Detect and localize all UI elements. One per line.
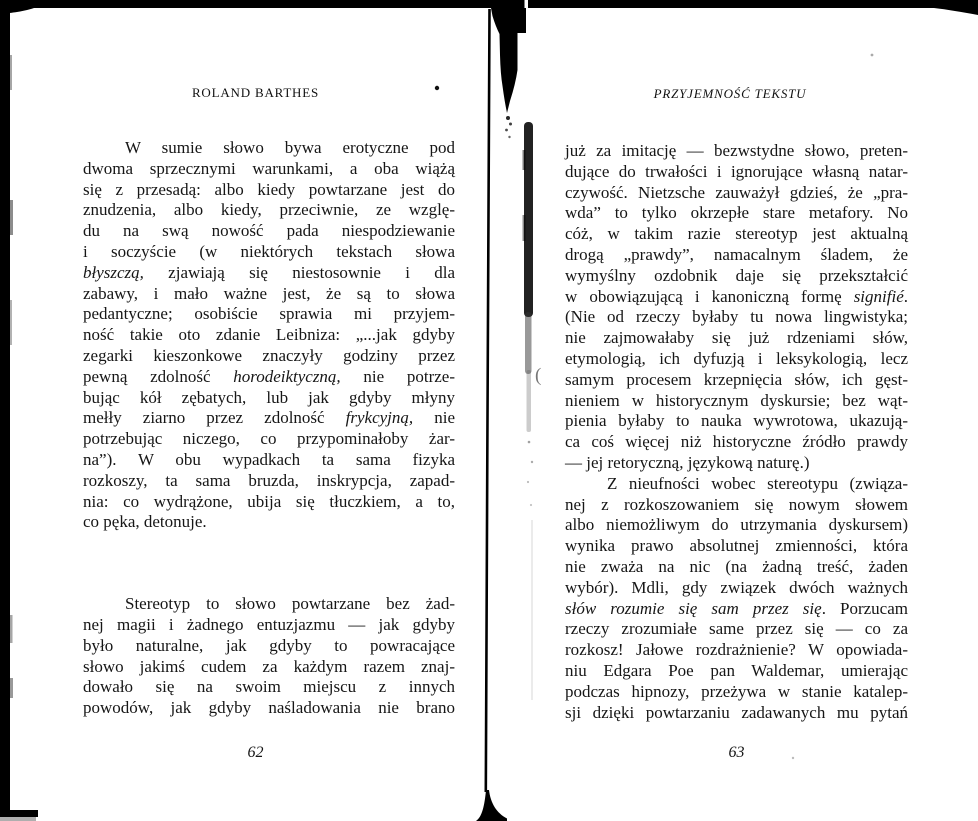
book-scan-spread: ROLAND BARTHES W sumie słowo bywa erotyc… (0, 0, 978, 821)
text-line: nie zważa na nic (na żadną treść, żaden (565, 557, 908, 578)
text-line: rozkosz! Jałowe rozdrażnienie? W opowiad… (565, 640, 908, 661)
running-header-left: ROLAND BARTHES (83, 85, 428, 101)
text-line: potrzebując niczego, co przypominałoby ż… (83, 429, 455, 450)
text-line: albo niemożliwym do utrzymania dyskursem… (565, 515, 908, 536)
text-line: niu Edgara Poe pan Waldemar, umierając (565, 661, 908, 682)
curl-artifact: ( (535, 365, 541, 386)
paragraph: W sumie słowo bywa erotyczne poddwoma sp… (83, 138, 455, 533)
text-line: Stereotyp to słowo powtarzane bez żad- (83, 594, 455, 615)
text-line: Z nieufności wobec stereotypu (związa- (565, 474, 908, 495)
text-line: sji dzięki powtarzaniu zadawanych mu pyt… (565, 703, 908, 724)
text-line: i soczyście (w niektórych tekstach słowa (83, 242, 455, 263)
text-line: rzeczy zrozumiałe same przez się — co za (565, 619, 908, 640)
text-line: — jej retoryczną, językową naturę.) (565, 453, 908, 474)
paragraph: już za imitację — bezwstydne słowo, pret… (565, 141, 908, 474)
text-line: nie zajmowałaby się już rdzeniami słów, (565, 328, 908, 349)
text-line: słów rozumie się sam przez się. Porzucam (565, 599, 908, 620)
text-line: samym procesem krzepnięcia słów, ich gęs… (565, 370, 908, 391)
text-line: bując kół zębatych, lub jak gdyby młyny (83, 388, 455, 409)
text-line: nej z rozkoszowaniem się nowym słowem (565, 495, 908, 516)
text-line: słowo jakimś cudem za każdym razem znaj- (83, 657, 455, 678)
text-line: ność takie oto zdanie Leibniza: „...jak … (83, 325, 455, 346)
page-number-left: 62 (83, 744, 428, 762)
paragraph: Stereotyp to słowo powtarzane bez żad-ne… (83, 594, 455, 719)
text-line: co pęka, detonuje. (83, 512, 455, 533)
text-line: rozkoszy, ta sama bruzda, inskrypcja, za… (83, 471, 455, 492)
text-line: znudzenia, albo kiedy, przeciwnie, ze wz… (83, 200, 455, 221)
text-line: wda” to tylko okrzepłe stare metafory. N… (565, 203, 908, 224)
text-line: dowało się na swoim miejscu z innych (83, 677, 455, 698)
running-header-right: PRZYJEMNOŚĆ TEKSTU (565, 86, 895, 102)
text-line: dujące do trwałości i ignorujące własną … (565, 162, 908, 183)
spine-line (486, 9, 490, 792)
text-line: (Nie od rzeczy byłaby tu nowa lingwistyk… (565, 307, 908, 328)
text-line: du na swą nowość pada niespodziewanie (83, 221, 455, 242)
scan-left-edge (0, 0, 38, 821)
left-page-text: W sumie słowo bywa erotyczne poddwoma sp… (83, 138, 455, 719)
text-line: wymyślny ozdobnik daje się przekształcić (565, 266, 908, 287)
text-line: nieniem w historycznym dyskursie; bez wą… (565, 391, 908, 412)
right-page-text: już za imitację — bezwstydne słowo, pret… (565, 141, 908, 723)
text-line: się z przesadą: albo kiedy powtarzane je… (83, 180, 455, 201)
text-line: w obowiązującą i kanoniczną formę signif… (565, 287, 908, 308)
scan-top-edge (0, 0, 978, 15)
text-line: drogą „prawdy”, namacalnym śladem, że (565, 245, 908, 266)
gutter-bottom-flare (476, 790, 507, 821)
page-number-right: 63 (565, 744, 908, 762)
text-line: na”). W obu wypadkach ta sama fizyka (83, 450, 455, 471)
gutter-top-blob (491, 8, 526, 113)
text-line: było naturalne, jak gdyby to powracające (83, 636, 455, 657)
text-line: ca coś więcej niż historyczne źródło pra… (565, 432, 908, 453)
text-line: powodów, jak gdyby naśladowania nie bran… (83, 698, 455, 719)
text-line: podczas hipnozy, przeżywa w stanie katal… (565, 682, 908, 703)
text-line: zabawy, i mało ważne jest, że są to słow… (83, 284, 455, 305)
text-line: pienia byłaby to nauka wywrotowa, ukazuj… (565, 411, 908, 432)
text-line: już za imitację — bezwstydne słowo, pret… (565, 141, 908, 162)
gutter-shadow: ( (476, 8, 541, 821)
text-line: wybór). Mdli, gdy związek dwóch ważnych (565, 578, 908, 599)
text-line: pedantyczne; osobiście sprawia mi przyje… (83, 304, 455, 325)
text-line: czywość. Nietzsche zauważył gdzieś, że „… (565, 183, 908, 204)
text-line: W sumie słowo bywa erotyczne pod (83, 138, 455, 159)
text-line: nia: co wydrążone, ubija się tłuczkiem, … (83, 492, 455, 513)
text-line: pewną zdolność horodeiktyczną, nie potrz… (83, 367, 455, 388)
text-line: etymologią, ich dyfuzją i leksykologią, … (565, 349, 908, 370)
paragraph: Z nieufności wobec stereotypu (związa-ne… (565, 474, 908, 724)
text-line: wynika prawo absolutnej zmienności, któr… (565, 536, 908, 557)
text-line: mełły ziarno przez zdolność frykcyjną, n… (83, 408, 455, 429)
text-line: błyszczą, zjawiają się niestosownie i dl… (83, 263, 455, 284)
text-line: cóż, w takim razie stereotyp jest aktual… (565, 224, 908, 245)
text-line: dwoma sprzecznymi warunkami, a oba wiążą (83, 159, 455, 180)
text-line: zegarki kieszonkowe znaczyły godziny prz… (83, 346, 455, 367)
text-line: nej magii i żadnego entuzjazmu — jak gdy… (83, 615, 455, 636)
